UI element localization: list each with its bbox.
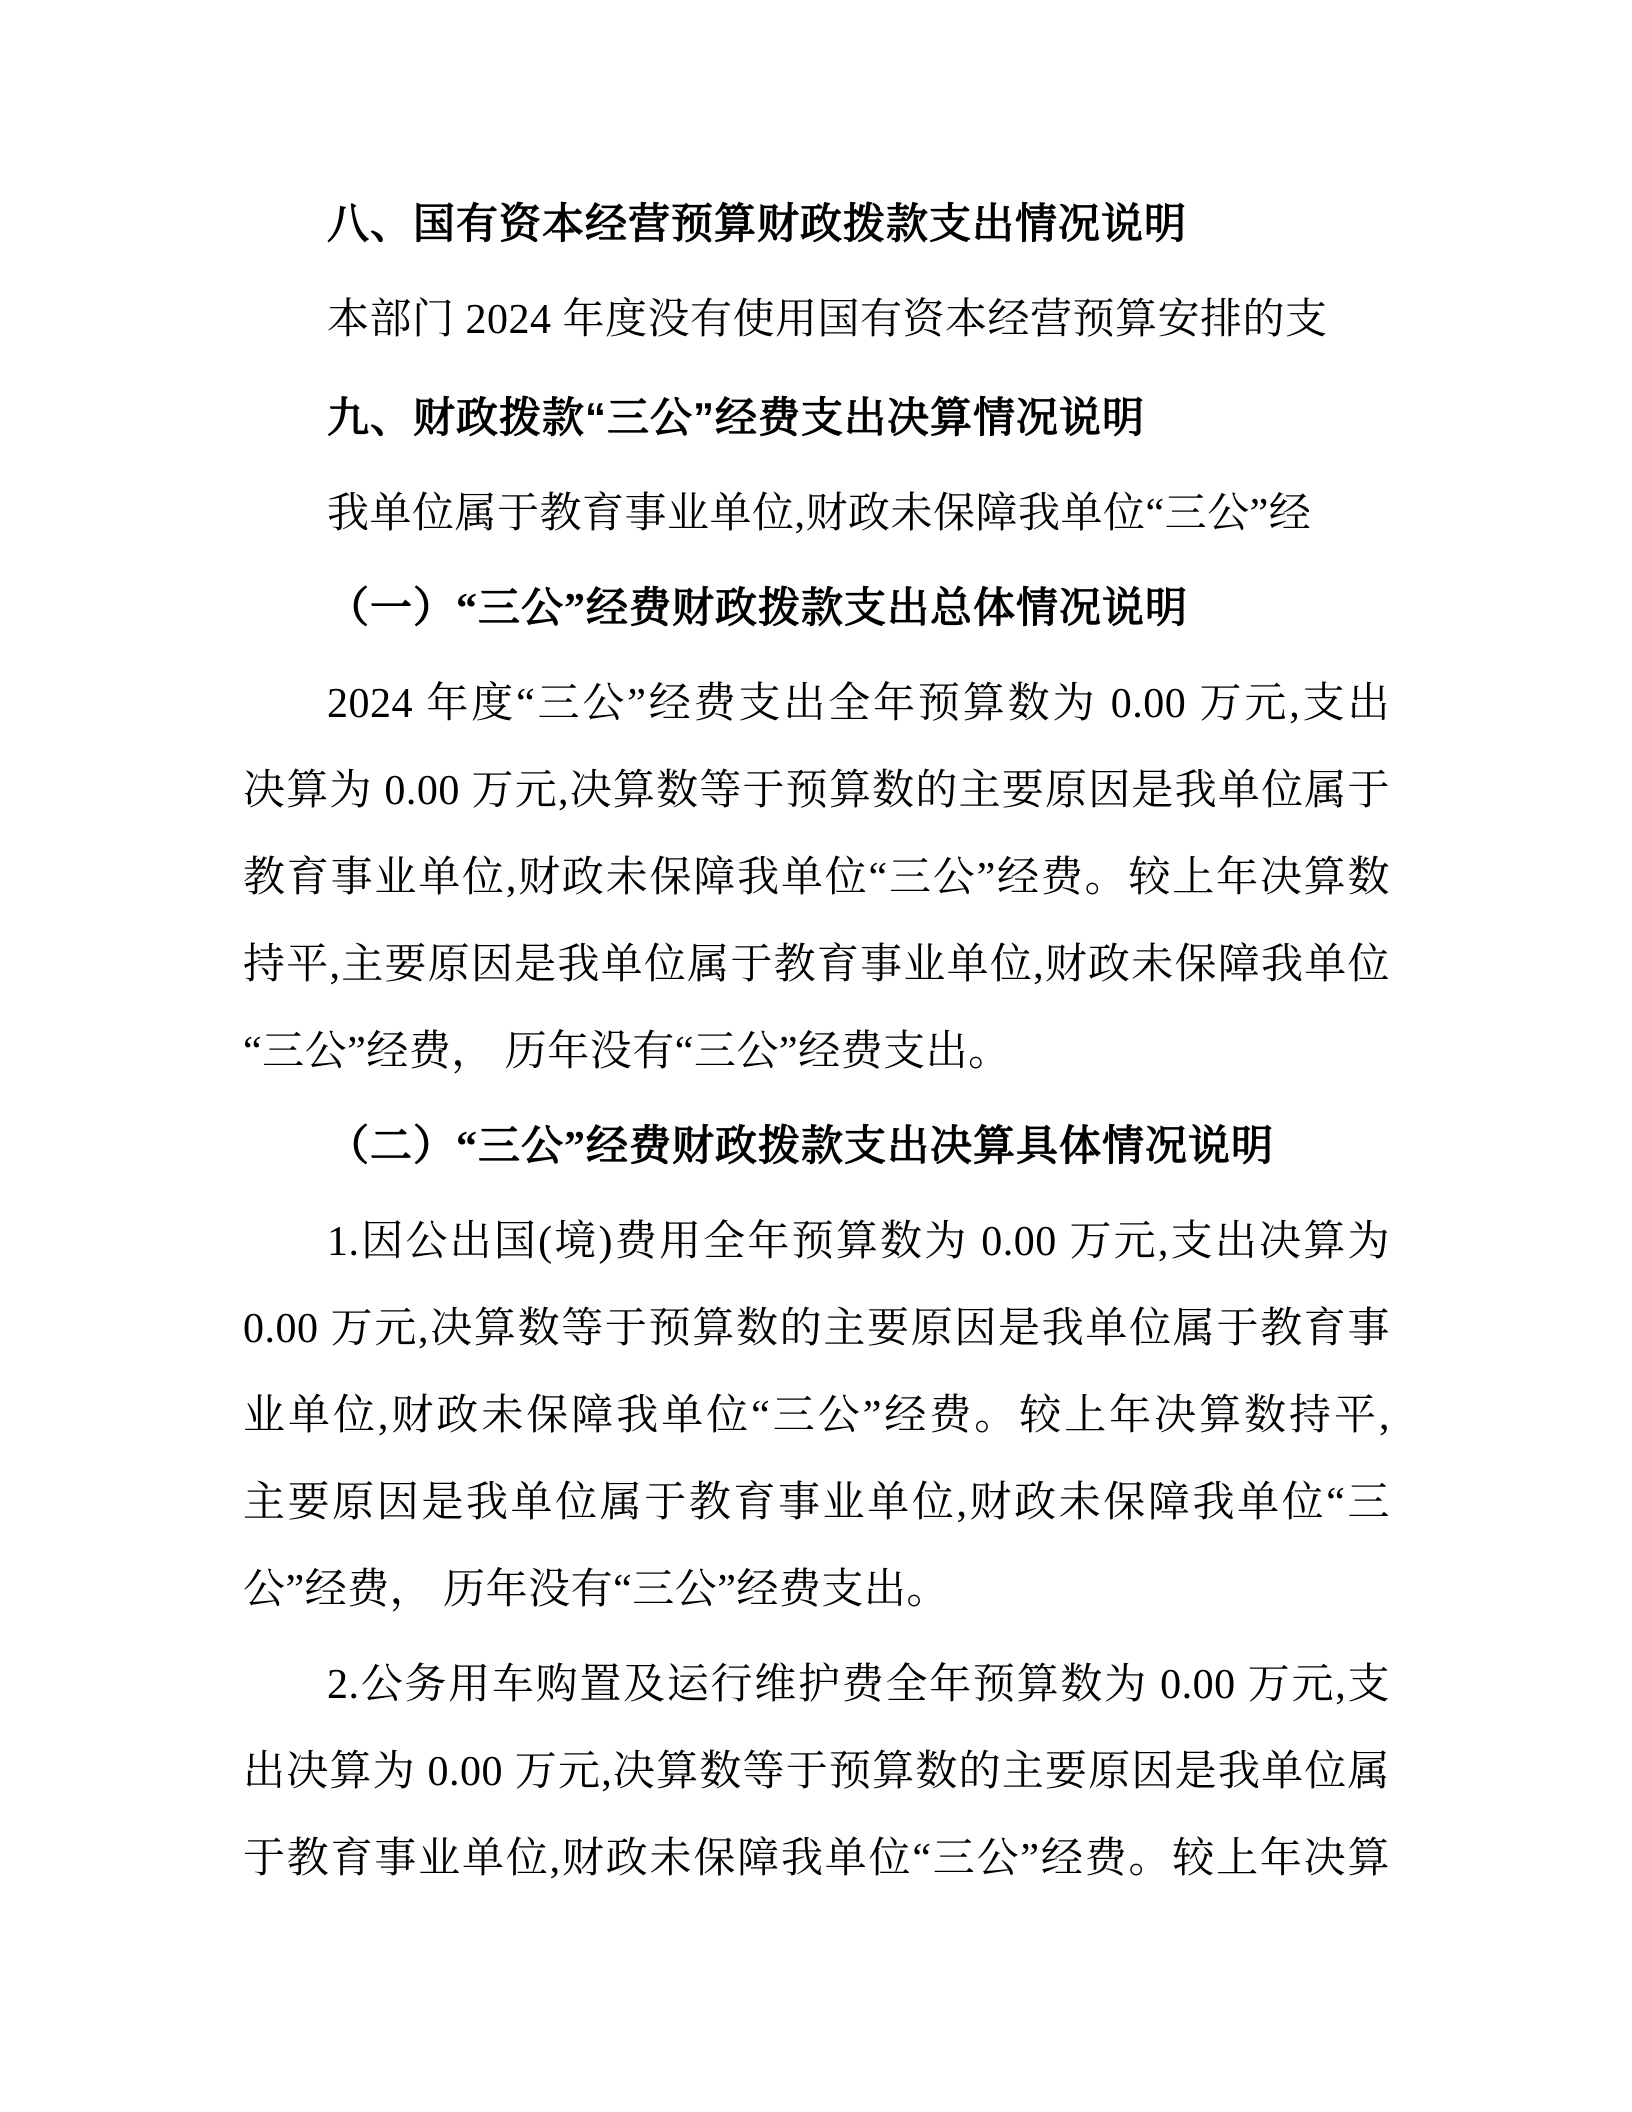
paragraph-line: 主要原因是我单位属于教育事业单位,财政未保障我单位“三	[243, 1460, 1390, 1547]
section-8-heading: 八、国有资本经营预算财政拨款支出情况说明	[243, 180, 1390, 267]
section-8-paragraph: 本部门 2024 年度没有使用国有资本经营预算安排的支出。	[243, 277, 1390, 364]
paragraph-line: 出决算为 0.00 万元,决算数等于预算数的主要原因是我单位属	[243, 1729, 1390, 1816]
paragraph-line: 持平,主要原因是我单位属于教育事业单位,财政未保障我单位	[243, 922, 1390, 1009]
item-2-paragraph: 2.公务用车购置及运行维护费全年预算数为 0.00 万元,支 出决算为 0.00…	[243, 1642, 1390, 1903]
paragraph-line: 教育事业单位,财政未保障我单位“三公”经费。较上年决算数	[243, 835, 1390, 922]
subsection-2-heading: （二）“三公”经费财政拨款支出决算具体情况说明	[243, 1104, 1390, 1191]
document-content: 八、国有资本经营预算财政拨款支出情况说明 本部门 2024 年度没有使用国有资本…	[243, 170, 1390, 1903]
paragraph-line: 1.因公出国(境)费用全年预算数为 0.00 万元,支出决算为	[243, 1199, 1390, 1286]
section-9-heading: 九、财政拨款“三公”经费支出决算情况说明	[243, 374, 1390, 461]
paragraph-line: 0.00 万元,决算数等于预算数的主要原因是我单位属于教育事	[243, 1286, 1390, 1373]
document-page: 八、国有资本经营预算财政拨款支出情况说明 本部门 2024 年度没有使用国有资本…	[0, 0, 1632, 2112]
paragraph-line: 公”经费， 历年没有“三公”经费支出。	[243, 1547, 1390, 1634]
heading-text: （二）“三公”经费财政拨款支出决算具体情况说明	[243, 1104, 1390, 1191]
paragraph-line: 业单位,财政未保障我单位“三公”经费。较上年决算数持平,	[243, 1373, 1390, 1460]
subsection-1-heading: （一）“三公”经费财政拨款支出总体情况说明	[243, 566, 1390, 653]
item-1-paragraph: 1.因公出国(境)费用全年预算数为 0.00 万元,支出决算为 0.00 万元,…	[243, 1199, 1390, 1634]
subsection-1-paragraph: 2024 年度“三公”经费支出全年预算数为 0.00 万元,支出 决算为 0.0…	[243, 661, 1390, 1096]
paragraph-line: 我单位属于教育事业单位,财政未保障我单位“三公”经费。	[243, 471, 1390, 558]
heading-text: 九、财政拨款“三公”经费支出决算情况说明	[243, 374, 1390, 461]
paragraph-line: 2024 年度“三公”经费支出全年预算数为 0.00 万元,支出	[243, 661, 1390, 748]
heading-text: （一）“三公”经费财政拨款支出总体情况说明	[243, 566, 1390, 653]
paragraph-line: 本部门 2024 年度没有使用国有资本经营预算安排的支出。	[243, 277, 1390, 364]
paragraph-line: 决算为 0.00 万元,决算数等于预算数的主要原因是我单位属于	[243, 748, 1390, 835]
section-9-intro-paragraph: 我单位属于教育事业单位,财政未保障我单位“三公”经费。	[243, 471, 1390, 558]
paragraph-line: “三公”经费， 历年没有“三公”经费支出。	[243, 1009, 1390, 1096]
heading-text: 八、国有资本经营预算财政拨款支出情况说明	[243, 180, 1390, 267]
paragraph-line: 2.公务用车购置及运行维护费全年预算数为 0.00 万元,支	[243, 1642, 1390, 1729]
paragraph-line: 于教育事业单位,财政未保障我单位“三公”经费。较上年决算	[243, 1816, 1390, 1903]
